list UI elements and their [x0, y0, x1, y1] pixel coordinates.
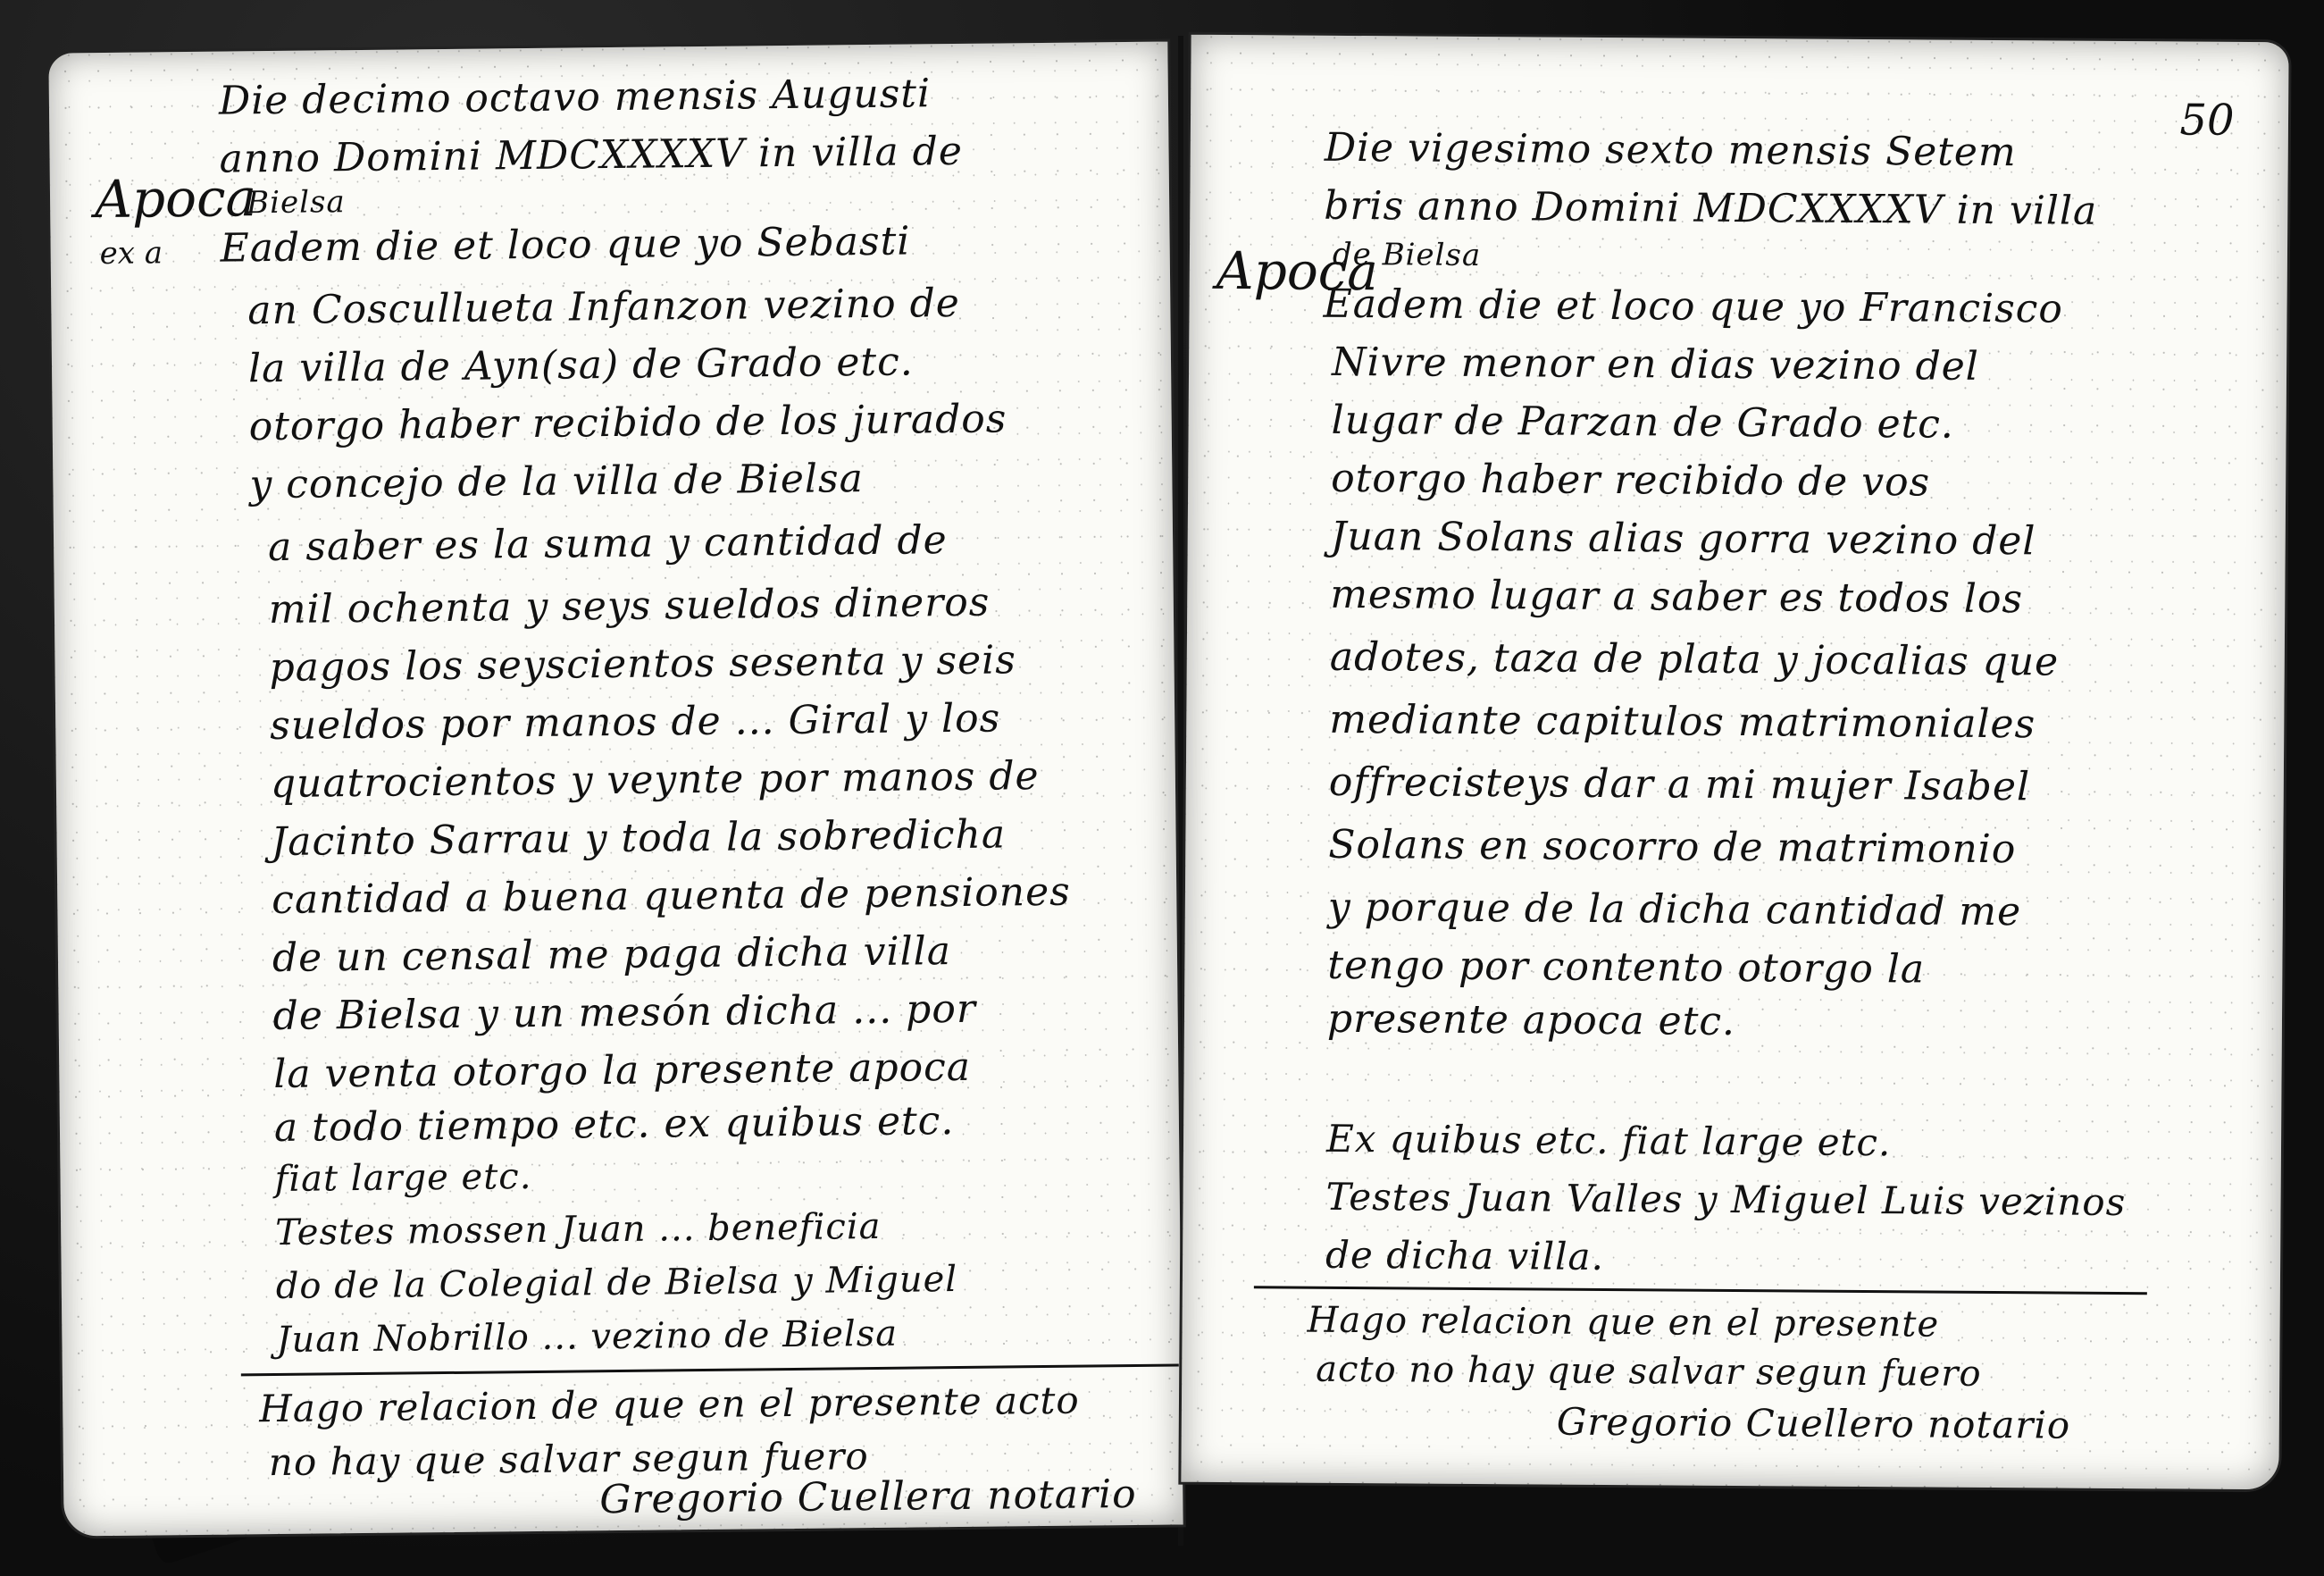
right-page: 50 Apoca Die vigesimo sexto mensis Setem… [1179, 32, 2292, 1493]
text-line: cantidad a buena quenta de pensiones [272, 869, 1071, 923]
text-line: mesmo lugar a saber es todos los [1331, 572, 2024, 622]
closing-line: Hago relacion de que en el presente acto [259, 1379, 1080, 1431]
text-line: y porque de la dicha cantidad me [1328, 884, 2022, 935]
text-line: fiat large etc. [274, 1156, 531, 1200]
text-line: presente apoca etc. [1327, 996, 1735, 1044]
text-line: otorgo haber recibido de los jurados [248, 396, 1007, 449]
text-line: de Bielsa [1333, 237, 1482, 273]
scanned-manuscript: Apoca ex a Die decimo octavo mensis Augu… [0, 0, 2324, 1576]
text-line: a todo tiempo etc. ex quibus etc. [274, 1098, 955, 1151]
text-line: do de la Colegial de Bielsa y Miguel [276, 1259, 958, 1307]
text-line: Nivre menor en dias vezino del [1332, 340, 1979, 390]
closing-formula-line: Testes Juan Valles y Miguel Luis vezinos [1326, 1175, 2127, 1224]
text-line: a saber es la suma y cantidad de [268, 517, 948, 570]
open-book: Apoca ex a Die decimo octavo mensis Augu… [54, 36, 2286, 1546]
closing-formula-line: de dicha villa. [1325, 1233, 1604, 1278]
text-line: de un censal me paga dicha villa [272, 928, 952, 981]
text-line: quatrocientos y veynte por manos de [271, 753, 1040, 807]
closing-formula-line: Ex quibus etc. fiat large etc. [1326, 1117, 1892, 1164]
text-line: adotes, taza de plata y jocalias que [1330, 634, 2060, 685]
text-line: mil ochenta y seys sueldos dineros [269, 580, 991, 633]
separator-rule [1254, 1286, 2147, 1295]
margin-note-exa: ex a [99, 235, 163, 272]
text-line: Eadem die et loco que yo Francisco [1324, 281, 2064, 332]
notary-signature: Gregorio Cuellero notario [1557, 1400, 2071, 1447]
left-page: Apoca ex a Die decimo octavo mensis Augu… [46, 38, 1186, 1538]
text-line: y concejo de la villa de Bielsa [249, 456, 864, 507]
text-line: sueldos por manos de ... Giral y los [270, 695, 1000, 749]
separator-rule [241, 1363, 1179, 1376]
text-line: lugar de Parzan de Grado etc. [1332, 398, 1955, 448]
text-line: Die vigesimo sexto mensis Setem [1325, 125, 2017, 175]
text-line: pagos los seyscientos sesenta y seis [269, 637, 1016, 691]
text-line: an Coscullueta Infanzon vezino de [247, 281, 960, 333]
folio-number: 50 [2180, 95, 2235, 145]
text-line: Testes mossen Juan ... beneficia [275, 1206, 882, 1253]
text-line: Eadem die et loco que yo Sebasti [220, 219, 910, 272]
text-line: Juan Solans alias gorra vezino del [1331, 514, 2036, 565]
text-line: Juan Nobrillo ... vezino de Bielsa [276, 1313, 898, 1361]
closing-line: Hago relacion que en el presente [1308, 1300, 1940, 1345]
closing-line: acto no hay que salvar segun fuero [1317, 1349, 1983, 1395]
text-line: bris anno Domini MDCXXXXV in villa [1325, 183, 2098, 234]
notary-signature: Gregorio Cuellera notario [599, 1471, 1137, 1522]
text-line: Jacinto Sarrau y toda la sobredicha [271, 811, 1006, 865]
text-line: Bielsa [247, 184, 346, 221]
text-line: la villa de Ayn(sa) de Grado etc. [248, 339, 914, 391]
text-line: Die decimo octavo mensis Augusti [219, 71, 932, 123]
text-line: offrecisteys dar a mi mujer Isabel [1329, 759, 2031, 809]
text-line: mediante capitulos matrimoniales [1330, 697, 2036, 748]
text-line: Solans en socorro de matrimonio [1329, 822, 2017, 872]
text-line: tengo por contento otorgo la [1328, 943, 1926, 993]
text-line: la venta otorgo la presente apoca [273, 1044, 971, 1097]
text-line: otorgo haber recibido de vos [1332, 456, 1931, 506]
text-line: anno Domini MDCXXXXV in villa de [219, 129, 963, 182]
text-line: de Bielsa y un mesón dicha ... por [272, 986, 976, 1039]
